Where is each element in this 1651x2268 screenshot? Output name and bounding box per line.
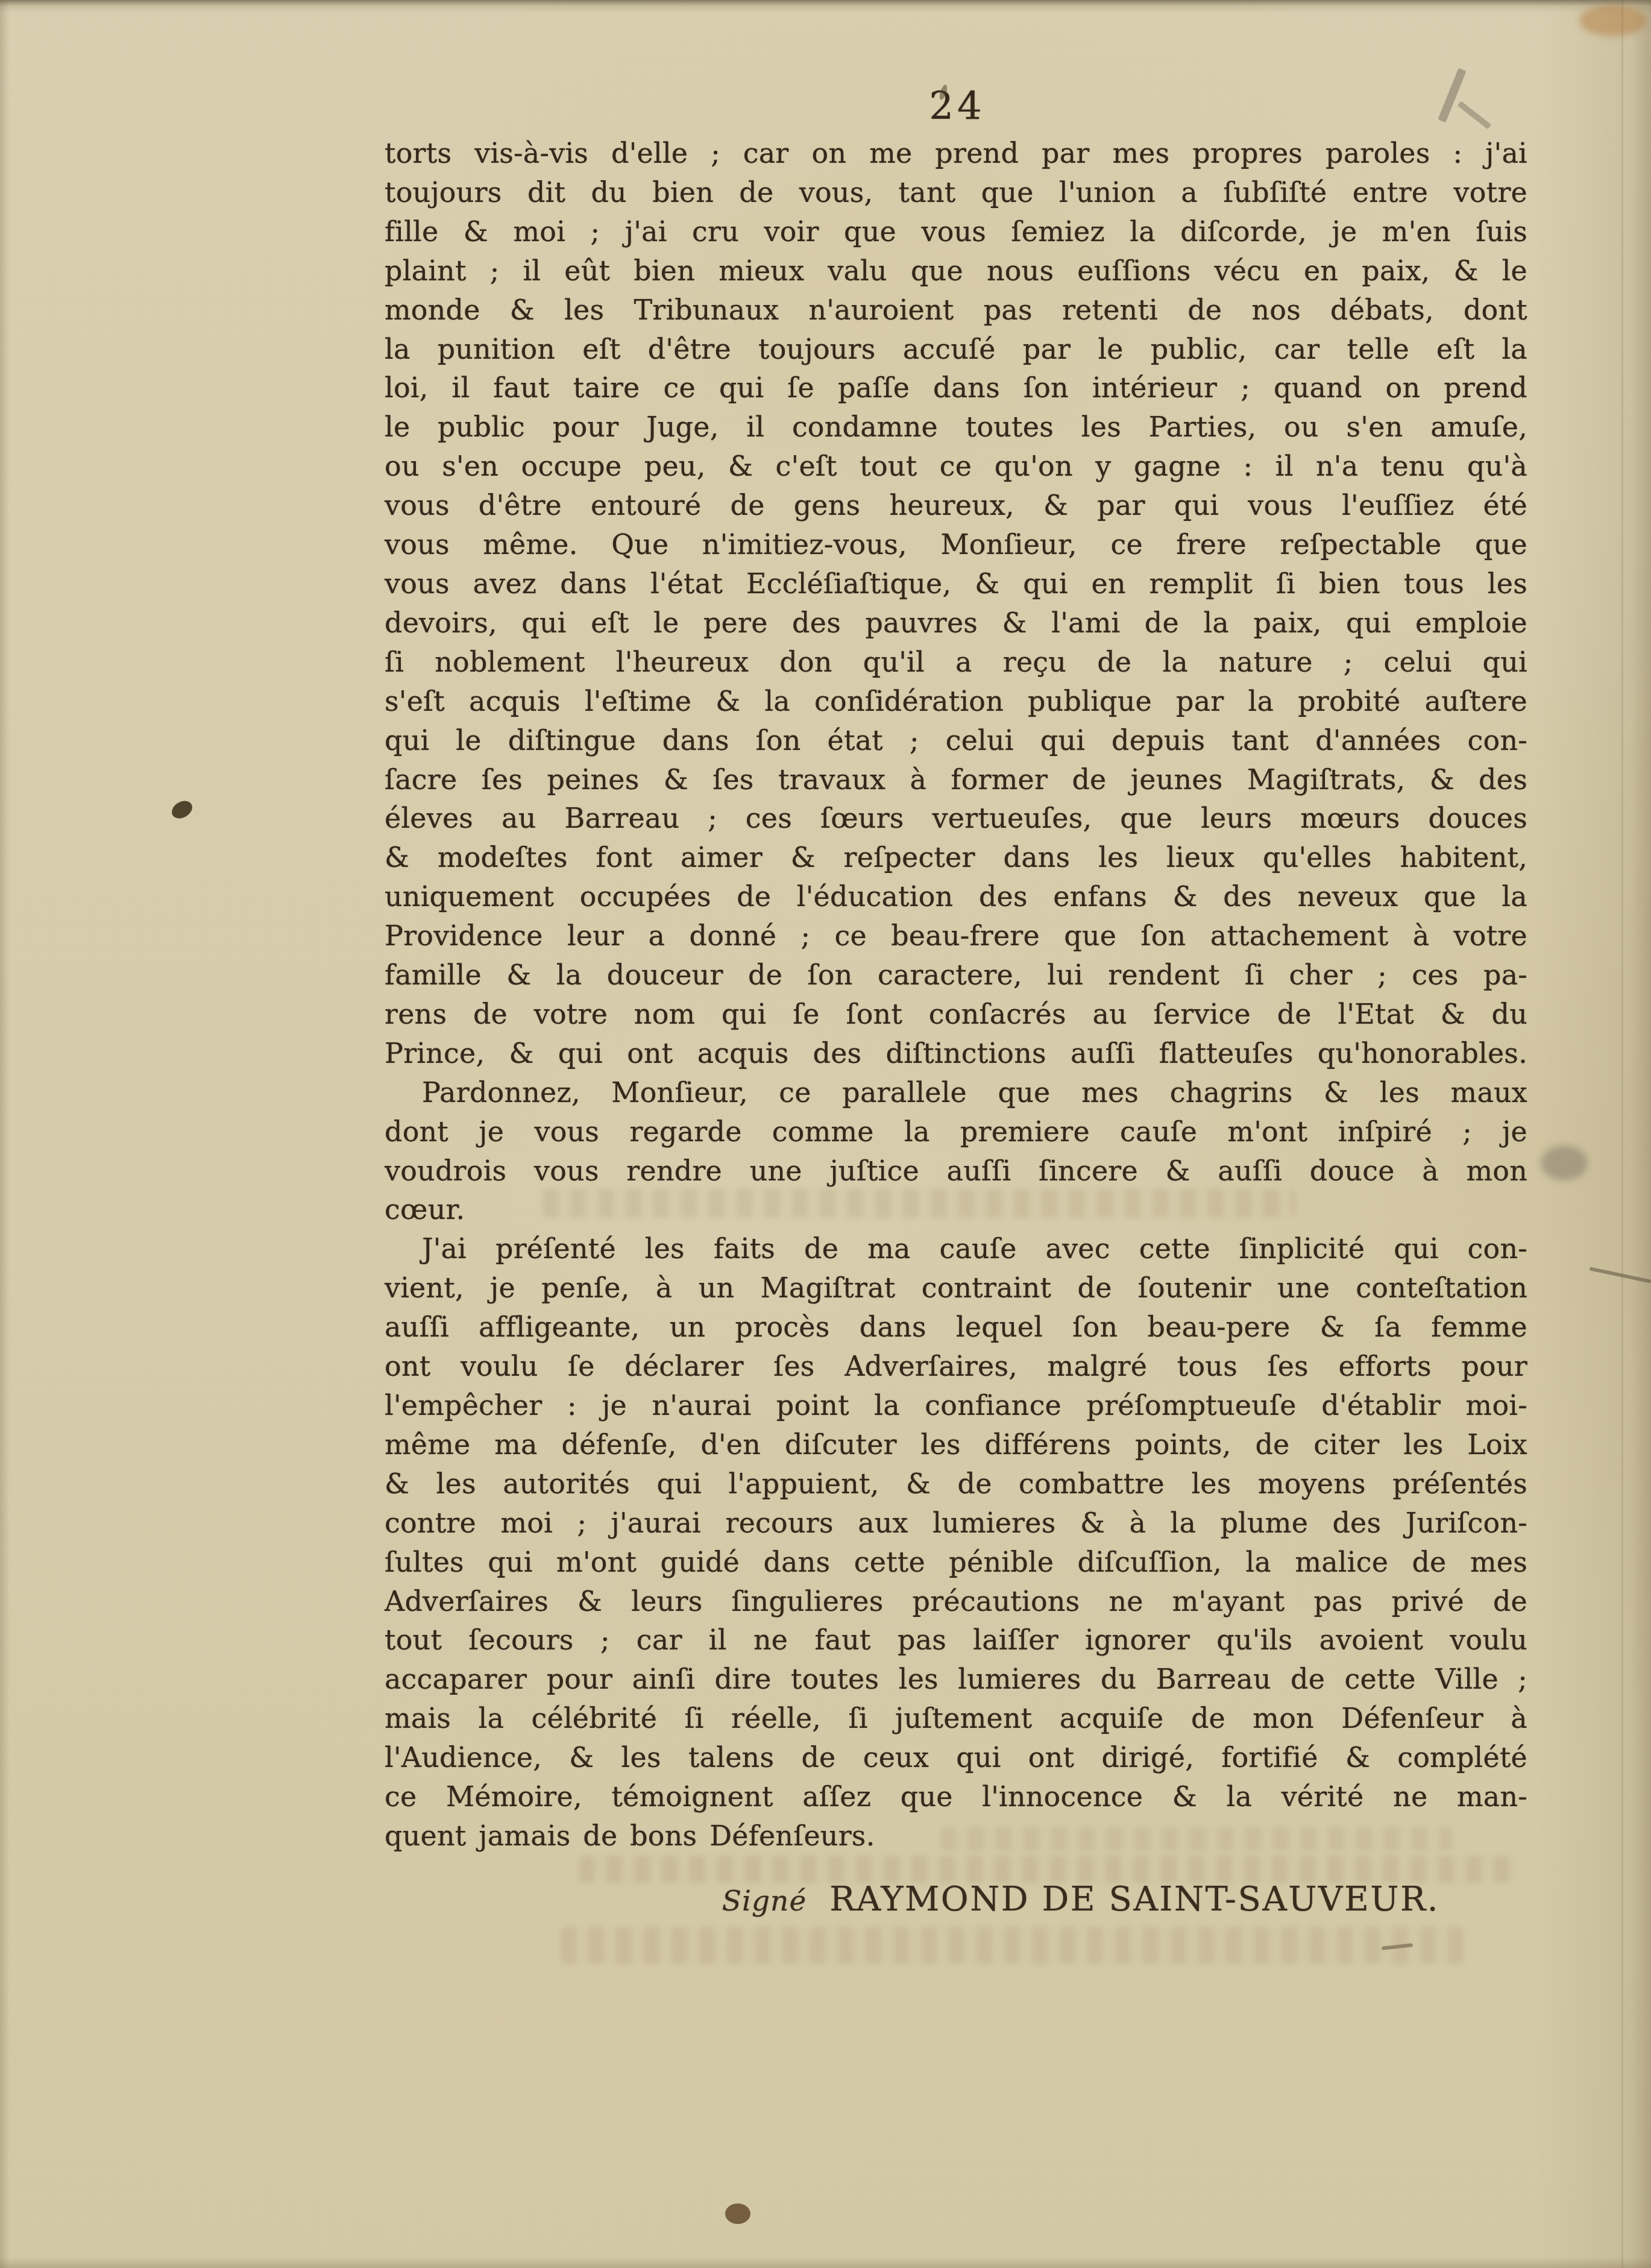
signature-line: SignéRAYMOND DE SAINT-SAUVEUR. bbox=[385, 1880, 1439, 1919]
body-text: torts vis-à-vis d'elle ; car on me prend… bbox=[385, 134, 1527, 1856]
text-line: & les autorités qui l'appuient, & de com… bbox=[385, 1464, 1527, 1504]
text-line: le public pour Juge, il condamne toutes … bbox=[385, 408, 1527, 447]
text-line: tout ſecours ; car il ne faut pas laiſſe… bbox=[385, 1621, 1527, 1660]
smudge-right-margin bbox=[1541, 1145, 1588, 1180]
text-line: ſultes qui m'ont guidé dans cette pénibl… bbox=[385, 1543, 1527, 1582]
text-line: quent jamais de bons Défenſeurs. bbox=[385, 1816, 1527, 1856]
text-line: ce Mémoire, témoignent aſſez que l'innoc… bbox=[385, 1777, 1527, 1816]
text-line: uniquement occupées de l'éducation des e… bbox=[385, 877, 1527, 916]
text-line: l'Audience, & les talens de ceux qui ont… bbox=[385, 1738, 1527, 1777]
text-line: mais la célébrité ſi réelle, ſi juſtemen… bbox=[385, 1699, 1527, 1738]
text-line: monde & les Tribunaux n'auroient pas ret… bbox=[385, 291, 1527, 330]
text-line: ont voulu ſe déclarer ſes Adverſaires, m… bbox=[385, 1347, 1527, 1386]
text-line: éleves au Barreau ; ces ſœurs vertueuſes… bbox=[385, 799, 1527, 838]
signature-prefix: Signé bbox=[722, 1885, 807, 1918]
text-line: voudrois vous rendre une juſtice auſſi ſ… bbox=[385, 1151, 1527, 1191]
text-line: dont je vous regarde comme la premiere c… bbox=[385, 1112, 1527, 1151]
text-line: toujours dit du bien de vous, tant que l… bbox=[385, 173, 1527, 212]
text-line: cœur. bbox=[385, 1190, 1527, 1229]
text-line: & modeſtes font aimer & reſpecter dans l… bbox=[385, 838, 1527, 877]
text-line: devoirs, qui eſt le pere des pauvres & l… bbox=[385, 603, 1527, 643]
text-line: ſacre ſes peines & ſes travaux à former … bbox=[385, 760, 1527, 799]
text-line: Providence leur a donné ; ce beau-frere … bbox=[385, 916, 1527, 956]
text-line: vient, je penſe, à un Magiſtrat contrain… bbox=[385, 1268, 1527, 1308]
text-line: s'eſt acquis l'eſtime & la conſidération… bbox=[385, 682, 1527, 721]
text-line: la punition eſt d'être toujours accuſé p… bbox=[385, 330, 1527, 369]
text-line: Pardonnez, Monſieur, ce parallele que me… bbox=[385, 1073, 1527, 1112]
text-line: ou s'en occupe peu, & c'eſt tout ce qu'o… bbox=[385, 447, 1527, 486]
text-line: vous même. Que n'imitiez-vous, Monſieur,… bbox=[385, 525, 1527, 564]
ink-speck-left-margin bbox=[169, 798, 195, 822]
page-number: 24 bbox=[385, 84, 1530, 129]
text-line: ſi noblement l'heureux don qu'il a reçu … bbox=[385, 643, 1527, 682]
text-line: plaint ; il eût bien mieux valu que nous… bbox=[385, 251, 1527, 291]
text-line: auſſi affligeante, un procès dans lequel… bbox=[385, 1308, 1527, 1347]
text-line: rens de votre nom qui ſe ſont conſacrés … bbox=[385, 995, 1527, 1034]
text-line: même ma défenſe, d'en diſcuter les diffé… bbox=[385, 1425, 1527, 1464]
dash-below-signature bbox=[1382, 1943, 1413, 1950]
text-line: Prince, & qui ont acquis des diſtinction… bbox=[385, 1034, 1527, 1073]
bleedthrough-below-signature bbox=[561, 1927, 1465, 1964]
text-line: contre moi ; j'aurai recours aux lumiere… bbox=[385, 1504, 1527, 1543]
text-line: Adverſaires & leurs ſingulieres précauti… bbox=[385, 1582, 1527, 1621]
text-line: J'ai préſenté les faits de ma cauſe avec… bbox=[385, 1229, 1527, 1268]
rust-stain-top-right bbox=[1579, 5, 1647, 36]
text-line: torts vis-à-vis d'elle ; car on me prend… bbox=[385, 134, 1527, 173]
text-line: qui le diſtingue dans ſon état ; celui q… bbox=[385, 721, 1527, 760]
text-line: accaparer pour ainſi dire toutes les lum… bbox=[385, 1660, 1527, 1699]
ink-blot-bottom bbox=[725, 2203, 750, 2224]
text-line: loi, il faut taire ce qui ſe paſſe dans … bbox=[385, 368, 1527, 408]
text-line: fille & moi ; j'ai cru voir que vous ſem… bbox=[385, 212, 1527, 251]
text-line: vous d'être entouré de gens heureux, & p… bbox=[385, 486, 1527, 525]
text-line: famille & la douceur de ſon caractere, l… bbox=[385, 956, 1527, 995]
signature-name: RAYMOND DE SAINT-SAUVEUR. bbox=[829, 1880, 1439, 1919]
pen-stroke-right-margin bbox=[1590, 1267, 1651, 1283]
text-line: vous avez dans l'état Eccléſiaſtique, & … bbox=[385, 564, 1527, 603]
text-line: l'empêcher : je n'aurai point la confian… bbox=[385, 1386, 1527, 1425]
scanned-book-page: 24 torts vis-à-vis d'elle ; car on me pr… bbox=[0, 0, 1651, 2268]
